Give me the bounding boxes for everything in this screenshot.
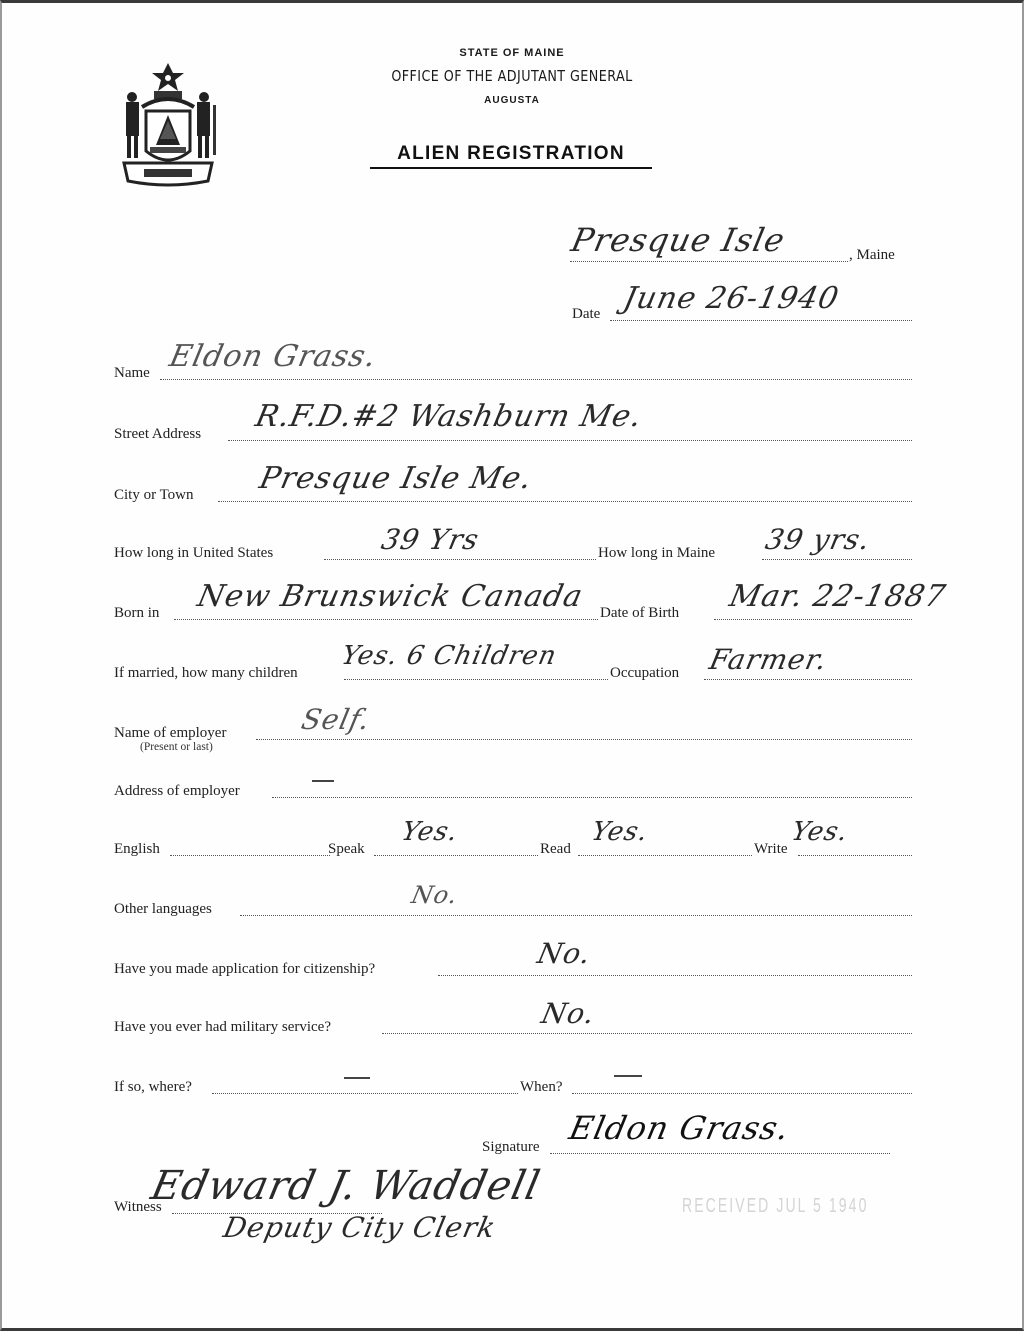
married-children-value: Yes. 6 Children	[339, 641, 560, 671]
witness-title: Deputy City Clerk	[220, 1211, 499, 1244]
signature-line	[550, 1153, 890, 1154]
received-stamp: RECEIVED JUL 5 1940	[682, 1195, 868, 1218]
employer-address-label: Address of employer	[114, 783, 240, 800]
city-line	[218, 501, 912, 502]
date-of-birth-line	[714, 619, 912, 620]
how-long-maine-value: 39 yrs.	[762, 523, 873, 556]
witness-value: Edward J. Waddell	[147, 1163, 544, 1209]
date-of-birth-value: Mar. 22-1887	[726, 579, 949, 614]
city-label: City or Town	[114, 487, 194, 504]
citizenship-value: No.	[534, 937, 594, 970]
other-languages-line	[240, 915, 912, 916]
place-line	[570, 261, 848, 262]
where-line	[212, 1093, 518, 1094]
military-line	[382, 1033, 912, 1034]
citizenship-line	[438, 975, 912, 976]
married-children-label: If married, how many children	[114, 665, 298, 682]
read-line	[578, 855, 752, 856]
where-label: If so, where?	[114, 1079, 192, 1096]
header-city: AUGUSTA	[342, 95, 682, 106]
other-languages-value: No.	[409, 881, 461, 909]
how-long-us-label: How long in United States	[114, 545, 273, 562]
form-title: ALIEN REGISTRATION	[370, 143, 652, 169]
other-languages-label: Other languages	[114, 901, 212, 918]
registration-form-page: STATE OF MAINE OFFICE OF THE ADJUTANT GE…	[0, 0, 1024, 1331]
speak-line	[374, 855, 538, 856]
date-line	[610, 320, 912, 321]
how-long-us-value: 39 Yrs	[378, 523, 482, 556]
date-value: June 26-1940	[620, 281, 842, 316]
write-label: Write	[754, 841, 788, 858]
maine-state-seal-icon	[114, 61, 222, 189]
born-in-label: Born in	[114, 605, 159, 622]
where-value	[344, 1077, 370, 1079]
occupation-label: Occupation	[610, 665, 679, 682]
citizenship-label: Have you made application for citizenshi…	[114, 961, 375, 978]
name-line	[160, 379, 912, 380]
when-label: When?	[520, 1079, 562, 1096]
place-suffix: , Maine	[849, 247, 895, 264]
header-office: OFFICE OF THE ADJUTANT GENERAL	[368, 67, 657, 85]
english-line	[170, 855, 330, 856]
signature-label: Signature	[482, 1139, 540, 1156]
when-line	[572, 1093, 912, 1094]
street-address-value: R.F.D.#2 Washburn Me.	[252, 399, 645, 434]
header-state: STATE OF MAINE	[342, 47, 682, 59]
how-long-maine-line	[762, 559, 912, 560]
born-in-value: New Brunswick Canada	[194, 579, 586, 614]
married-children-line	[344, 679, 608, 680]
occupation-line	[704, 679, 912, 680]
name-label: Name	[114, 365, 150, 382]
how-long-maine-label: How long in Maine	[598, 545, 715, 562]
city-value: Presque Isle Me.	[256, 461, 535, 496]
read-value: Yes.	[589, 817, 651, 847]
born-in-line	[174, 619, 598, 620]
military-label: Have you ever had military service?	[114, 1019, 331, 1036]
write-line	[798, 855, 912, 856]
when-value	[614, 1075, 642, 1077]
employer-name-label: Name of employer	[114, 725, 226, 742]
place-value: Presque Isle	[568, 221, 789, 259]
name-value: Eldon Grass.	[166, 339, 380, 374]
english-label: English	[114, 841, 160, 858]
occupation-value: Farmer.	[706, 643, 830, 676]
how-long-us-line	[324, 559, 596, 560]
street-address-line	[228, 440, 912, 441]
signature-value: Eldon Grass.	[566, 1109, 793, 1147]
speak-label: Speak	[328, 841, 365, 858]
employer-name-value: Self.	[298, 703, 373, 736]
military-value: No.	[538, 997, 598, 1030]
speak-value: Yes.	[399, 817, 461, 847]
read-label: Read	[540, 841, 571, 858]
date-of-birth-label: Date of Birth	[600, 605, 679, 622]
write-value: Yes.	[789, 817, 851, 847]
street-address-label: Street Address	[114, 426, 201, 443]
employer-address-line	[272, 797, 912, 798]
date-label: Date	[572, 306, 600, 323]
employer-name-line	[256, 739, 912, 740]
employer-address-value	[312, 780, 334, 782]
employer-name-sublabel: (Present or last)	[140, 741, 213, 753]
